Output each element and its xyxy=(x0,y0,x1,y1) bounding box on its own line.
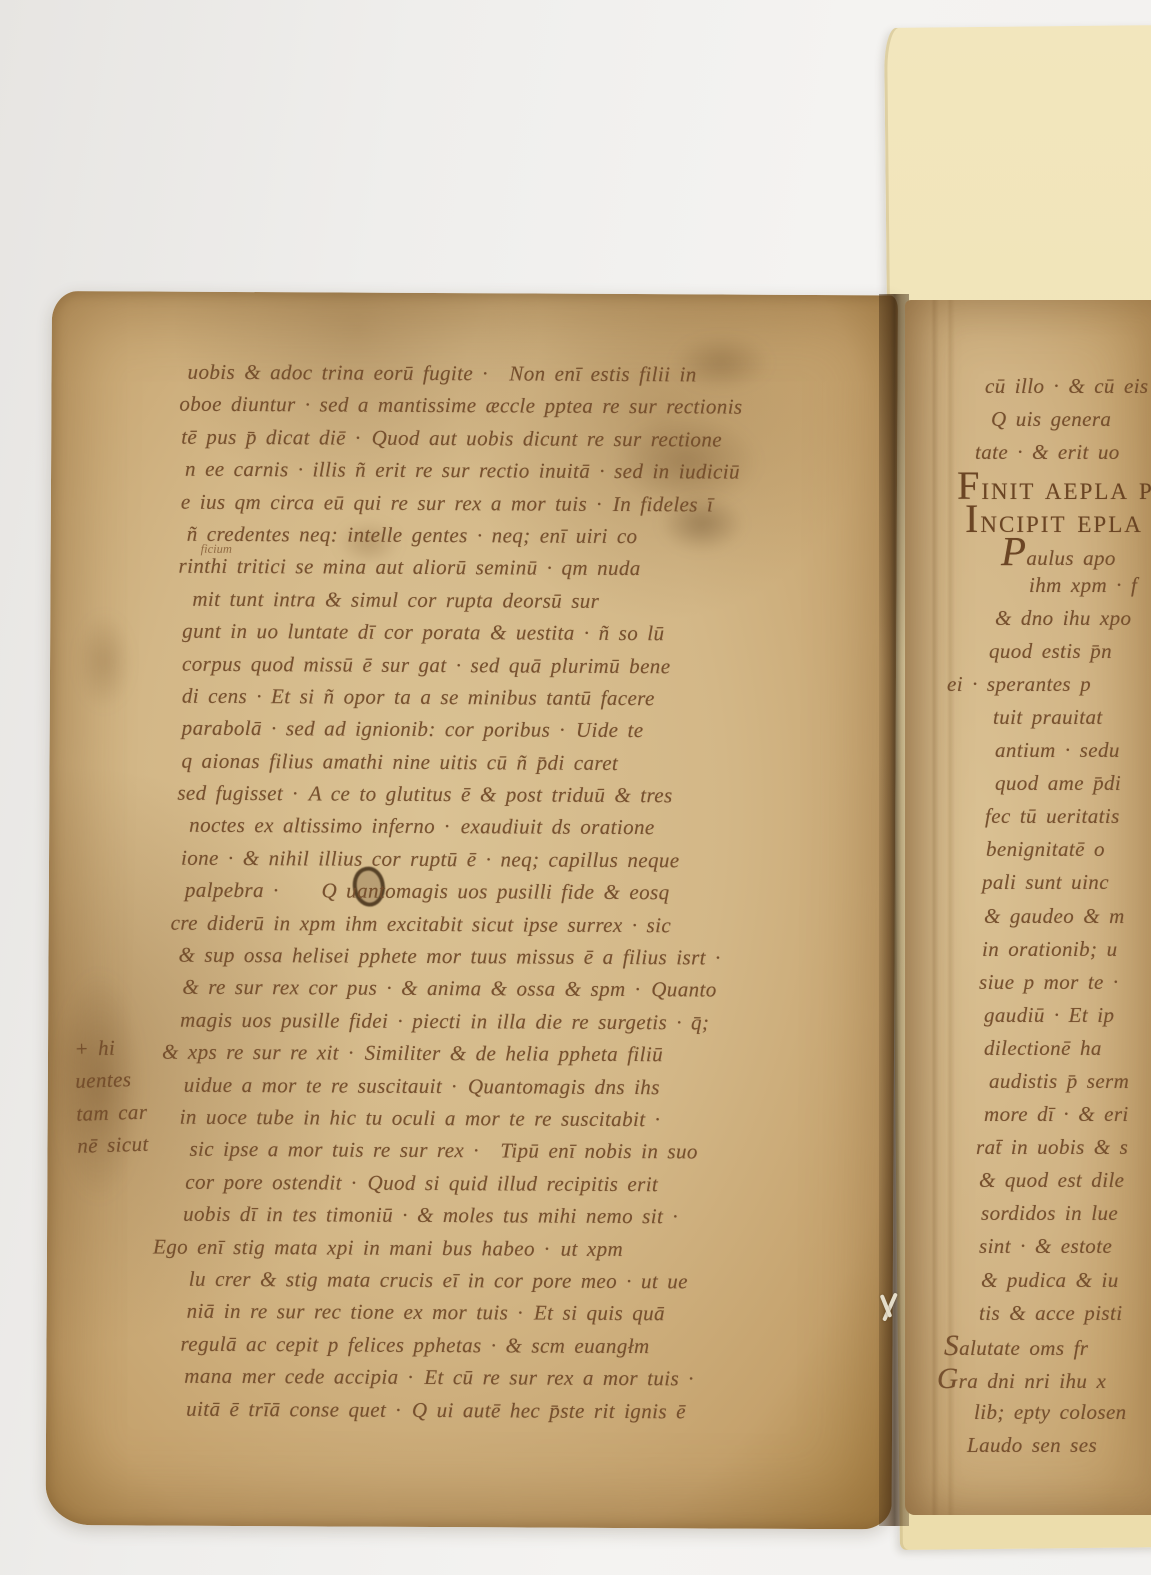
manuscript-line: & quod est dile xyxy=(979,1164,1151,1197)
manuscript-line: lib; epty colosen xyxy=(974,1396,1151,1429)
manuscript-line: pali sunt uinc xyxy=(982,866,1151,899)
manuscript-line: ei · sperantes p xyxy=(947,668,1151,701)
manuscript-line: uobis & adoc trina eorū fugite · Non enī… xyxy=(187,356,884,392)
manuscript-line: in uoce tube in hic tu oculi a mor te re… xyxy=(180,1101,881,1137)
manuscript-line: uitā ē trīā conse quet · Q ui autē hec p… xyxy=(186,1392,879,1428)
manuscript-line: quod estis p̄n xyxy=(989,635,1151,668)
manuscript-line: antium · sedu xyxy=(995,734,1151,767)
manuscript-line: mit tunt intra & simul cor rupta deorsū … xyxy=(192,582,883,618)
stain xyxy=(76,611,133,711)
manuscript-line: tē pus p̄ dicat diē · Quod aut uobis dic… xyxy=(181,420,884,456)
manuscript-line: & xps re sur re xit · Similiter & de hel… xyxy=(162,1036,881,1072)
manuscript-line: sic ipse a mor tuis re sur rex · Tipū en… xyxy=(189,1133,880,1169)
manuscript-line: corpus quod missū ē sur gat · sed quā pl… xyxy=(182,647,883,683)
manuscript-line: q aionas filius amathi nine uitis cū ñ p… xyxy=(181,744,882,780)
manuscript-line: Gra dni nri ihu x xyxy=(937,1363,1151,1396)
manuscript-line: audistis p̄ serm xyxy=(989,1065,1151,1098)
manuscript-line: Paulus apo xyxy=(1001,535,1151,568)
manuscript-line: uidue a mor te re suscitauit · Quantomag… xyxy=(184,1068,881,1104)
margin-gloss-line: nē sicut xyxy=(77,1127,174,1162)
manuscript-line: & pudica & iu xyxy=(981,1264,1151,1297)
manuscript-line: parabolā · sed ad ignionib: cor poribus … xyxy=(182,712,883,748)
manuscript-line: fec tū ueritatis xyxy=(985,800,1151,833)
manuscript-line: benignitatē o xyxy=(986,833,1151,866)
manuscript-line: & re sur rex cor pus · & anima & ossa & … xyxy=(182,971,881,1007)
manuscript-line: oboe diuntur · sed a mantissime æccle pp… xyxy=(179,388,884,424)
left-text-block: uobis & adoc trina eorū fugite · Non enī… xyxy=(174,356,885,1429)
manuscript-line: sordidos in lue xyxy=(981,1197,1151,1230)
manuscript-line: lu crer & stig mata crucis eī in cor por… xyxy=(189,1263,880,1299)
manuscript-line: sint · & estote xyxy=(979,1230,1151,1263)
manuscript-line: ihm xpm · f xyxy=(1029,569,1151,602)
manuscript-line: more dī · & eri xyxy=(984,1098,1151,1131)
manuscript-line: cū illo · & cū eis xyxy=(985,370,1151,403)
manuscript-line: ione · & nihil illius cor ruptū ē · neq;… xyxy=(181,842,882,878)
manuscript-line: magis uos pusille fidei · piecti in illa… xyxy=(180,1003,881,1039)
manuscript-line: niā in re sur rec tione ex mor tuis · Et… xyxy=(187,1295,880,1331)
manuscript-line: palpebra · Q uantomagis uos pusilli fide… xyxy=(185,874,882,910)
manuscript-photo: ficium + hiuentestam carnē sicut uobis &… xyxy=(0,0,1151,1575)
manuscript-line: uobis dī in tes timoniū · & moles tus mi… xyxy=(183,1198,880,1234)
manuscript-line: tate · & erit uo xyxy=(975,436,1151,469)
manuscript-line: INCIPIT EPLA xyxy=(965,502,1151,535)
manuscript-line: rinthi tritici se mina aut aliorū seminū… xyxy=(178,550,883,586)
margin-gloss-line: tam car xyxy=(76,1095,173,1130)
manuscript-line: cre diderū in xpm ihm excitabit sicut ip… xyxy=(171,906,882,942)
manuscript-line: noctes ex altissimo inferno · exaudiuit … xyxy=(189,809,882,845)
manuscript-line: rat̄ in uobis & s xyxy=(976,1131,1151,1164)
manuscript-line: Ego enī stig mata xpi in mani bus habeo … xyxy=(153,1230,880,1266)
manuscript-line: n ee carnis · illis ñ erit re sur rectio… xyxy=(185,453,884,489)
margin-gloss-line: + hi xyxy=(74,1030,171,1065)
manuscript-line: & gaudeo & m xyxy=(984,900,1151,933)
manuscript-line: ñ credentes neq: intelle gentes · neq; e… xyxy=(187,518,884,554)
right-text-block: cū illo · & cū eisQ uis generatate · & e… xyxy=(977,370,1151,1462)
manuscript-line: gaudiū · Et ip xyxy=(984,999,1151,1032)
manuscript-line: di cens · Et si ñ opor ta a se minibus t… xyxy=(182,680,883,716)
manuscript-line: Q uis genera xyxy=(991,403,1151,436)
manuscript-line: mana mer cede accipia · Et cū re sur rex… xyxy=(184,1360,879,1396)
manuscript-line: FINIT AEPLA PA xyxy=(957,469,1151,502)
manuscript-line: sed fugisset · A ce to glutitus ē & post… xyxy=(177,777,882,813)
right-folio: cū illo · & cū eisQ uis generatate · & e… xyxy=(905,300,1151,1515)
manuscript-line: e ius qm circa eū qui re sur rex a mor t… xyxy=(181,485,884,521)
manuscript-line: gunt in uo luntate dī cor porata & uesti… xyxy=(182,615,883,651)
margin-gloss-line: uentes xyxy=(75,1062,172,1097)
manuscript-line: siue p mor te · xyxy=(979,966,1151,999)
manuscript-line: in orationib; u xyxy=(982,933,1151,966)
manuscript-line: regulā ac cepit p felices pphetas · & sc… xyxy=(180,1327,879,1363)
manuscript-line: dilectionē ha xyxy=(984,1032,1151,1065)
manuscript-line: cor pore ostendit · Quod si quid illud r… xyxy=(185,1165,880,1201)
manuscript-line: & dno ihu xpo xyxy=(995,602,1151,635)
manuscript-line: Laudo sen ses xyxy=(967,1429,1151,1462)
manuscript-line: quod ame p̄di xyxy=(995,767,1151,800)
left-folio: ficium + hiuentestam carnē sicut uobis &… xyxy=(46,291,898,1529)
manuscript-line: Salutate oms fr xyxy=(944,1330,1151,1363)
manuscript-line: tis & acce pisti xyxy=(979,1297,1151,1330)
margin-gloss: + hiuentestam carnē sicut xyxy=(74,1030,174,1162)
manuscript-line: tuit prauitat xyxy=(993,701,1151,734)
manuscript-line: & sup ossa helisei pphete mor tuus missu… xyxy=(178,939,881,975)
